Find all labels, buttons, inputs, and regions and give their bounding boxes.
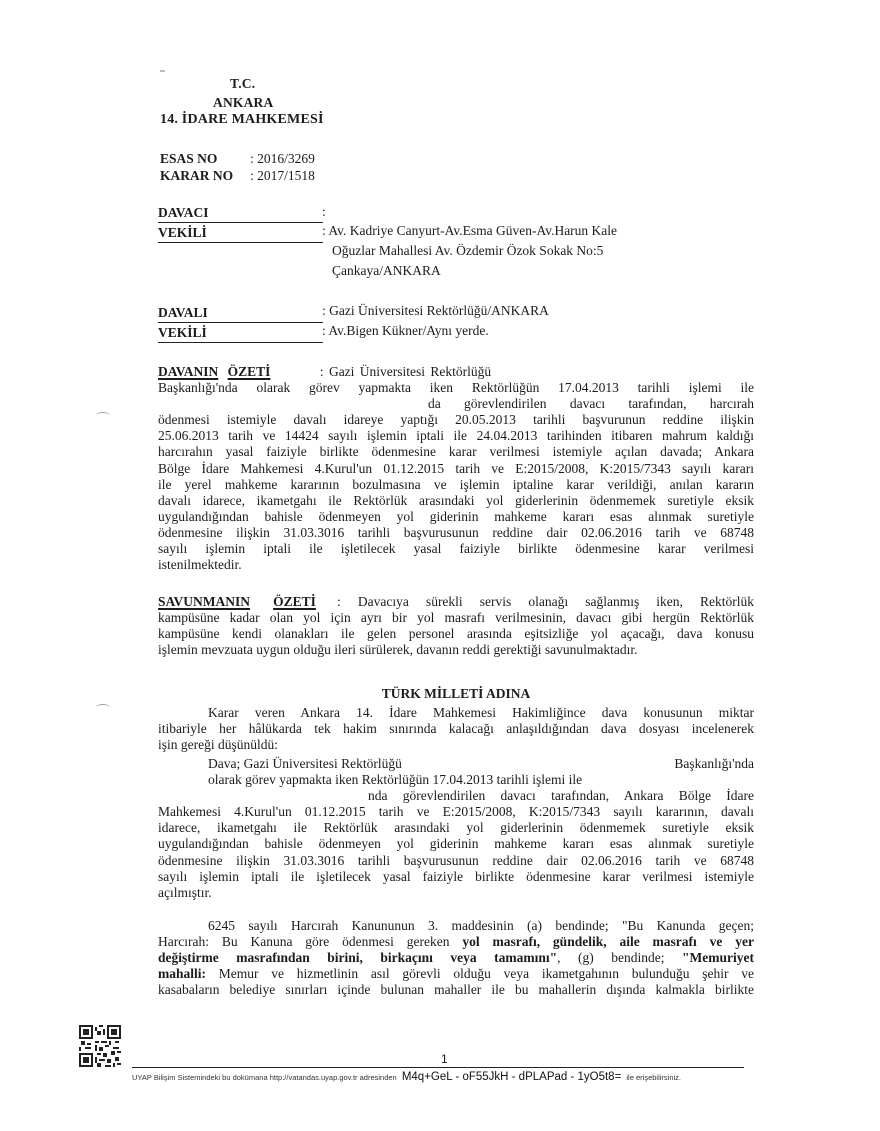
law-line-5: kasabaların belediye sınırları içinde bu… <box>158 982 754 998</box>
davanin-ozeti-line-1: Başkanlığı'nda olarak görev yapmakta ike… <box>158 380 754 396</box>
law-line-3-bold: değiştirme masrafından birini, birkaçını… <box>158 950 557 965</box>
dava-line-2: nda görevlendirilen davacı tarafından, A… <box>158 788 754 804</box>
dava-line-3: Mahkemesi 4.Kurul'un 01.12.2015 tarih ve… <box>158 804 754 820</box>
dava-line-0-right: Başkanlığı'nda <box>674 756 754 772</box>
dava-paragraph: Dava; Gazi Üniversitesi Rektörlüğü Başka… <box>158 756 754 901</box>
davali-vekili-value: : Av.Bigen Kükner/Aynı yerde. <box>322 321 489 341</box>
savunmanin-ozeti-label-b: ÖZETİ <box>273 594 316 609</box>
davali-label: DAVALI <box>158 305 323 323</box>
margin-punch-mark <box>96 704 110 711</box>
dava-line-5: uygulandığından bahisle ödenmeyen yol gi… <box>158 836 754 852</box>
decision-intro: Karar veren Ankara 14. İdare Mahkemesi H… <box>158 705 754 753</box>
scan-speck <box>160 70 165 72</box>
savunmanin-ozeti-line-0: : Davacıya sürekli servis olanağı sağlan… <box>337 594 754 609</box>
davanin-ozeti-line-4: 25.06.2013 tarih ve 14424 sayılı işlemin… <box>158 428 754 444</box>
law-line-2-plain: Harcırah: Bu Kanuna göre ödenmesi gereke… <box>158 934 462 949</box>
davali-value: : Gazi Üniversitesi Rektörlüğü/ANKARA <box>322 301 549 321</box>
decision-intro-line-2: işin gereği düşünüldü: <box>158 737 754 753</box>
law-line-3-plain: , (g) bendinde; <box>557 950 682 965</box>
header-city: ANKARA <box>213 95 273 111</box>
dava-line-0: Dava; Gazi Üniversitesi Rektörlüğü <box>208 756 402 771</box>
savunmanin-ozeti-line-2: kampüsüne kendi olanakları ile gelen per… <box>158 626 754 642</box>
davaci-vekili-address-1: Oğuzlar Mahallesi Av. Özdemir Özok Sokak… <box>332 241 603 261</box>
dava-line-8: açılmıştır. <box>158 885 754 901</box>
davali-vekili-label: VEKİLİ <box>158 325 323 343</box>
davanin-ozeti-label-b: ÖZETİ <box>228 364 309 379</box>
footer-suffix: ile erişebilirsiniz. <box>626 1073 681 1082</box>
savunmanin-ozeti-line-1: kampüsüne kadar olan yol için ayrı bir y… <box>158 610 754 626</box>
law-line-1: 6245 sayılı Harcırah Kanununun 3. maddes… <box>158 918 754 934</box>
law-line-4-plain: Memur ve hizmetlinin asıl görevli olduğu… <box>206 966 754 981</box>
footer-uyap-text: UYAP Bilişim Sistemindeki bu dokümana ht… <box>132 1073 397 1082</box>
davanin-ozeti-line-8: davalı idarece, ikametgahı ile Rektörlük… <box>158 493 754 509</box>
davanin-ozeti-line-9: uygulandığından bahisle ödenmeyen yol gi… <box>158 509 754 525</box>
davanin-ozeti-line-2: da görevlendirilen davacı tarafından, ha… <box>158 396 754 412</box>
davanin-ozeti-line-0: : Gazi Üniversitesi Rektörlüğü <box>320 364 491 379</box>
davaci-vekili-address-2: Çankaya/ANKARA <box>332 261 441 281</box>
law-line-3-bold2: "Memuriyet <box>682 950 754 965</box>
margin-punch-mark <box>96 412 110 419</box>
esas-no-label: ESAS NO <box>160 151 217 167</box>
court-name: 14. İDARE MAHKEMESİ <box>160 112 324 128</box>
dava-line-1: olarak görev yapmakta iken Rektörlüğün 1… <box>158 772 754 788</box>
davanin-ozeti-line-12: istenilmektedir. <box>158 557 754 573</box>
savunmanin-ozeti-line-3: işlemin mevzuata uygun olduğu ileri sürü… <box>158 642 754 658</box>
decision-title: TÜRK MİLLETİ ADINA <box>158 686 754 702</box>
davaci-label: DAVACI <box>158 205 323 223</box>
davanin-ozeti-line-10: ödenmesine ilişkin 31.03.3016 tarihli ba… <box>158 525 754 541</box>
dava-line-7: sayılı işlemin iptali ile işletilecek ya… <box>158 869 754 885</box>
karar-no-value: : 2017/1518 <box>250 168 315 184</box>
qr-code-icon <box>79 1025 121 1067</box>
decision-intro-line-1: itibariyle her hâlükarda tek hakim sınır… <box>158 721 754 737</box>
footer-divider <box>132 1067 744 1068</box>
davanin-ozeti-line-11: sayılı işlemin iptali ile işletilecek ya… <box>158 541 754 557</box>
law-line-2-bold: yol masrafı, gündelik, aile masrafı ve y… <box>462 934 754 949</box>
karar-no-label: KARAR NO <box>160 168 233 184</box>
davanin-ozeti-line-6: Bölge İdare Mahkemesi 4.Kurul'un 01.12.2… <box>158 461 754 477</box>
footer-verification: UYAP Bilişim Sistemindeki bu dokümana ht… <box>132 1071 681 1083</box>
davaci-vekili-label: VEKİLİ <box>158 225 323 243</box>
header-tc: T.C. <box>230 76 255 92</box>
esas-no-value: : 2016/3269 <box>250 151 315 167</box>
davanin-ozeti-label-a: DAVANIN <box>158 364 218 379</box>
dava-line-4: idarece, ikametgahı ile Rektörlük arasın… <box>158 820 754 836</box>
decision-intro-line-0: Karar veren Ankara 14. İdare Mahkemesi H… <box>158 705 754 721</box>
law-paragraph: 6245 sayılı Harcırah Kanununun 3. maddes… <box>158 918 754 998</box>
davanin-ozeti-line-7: ile yerel mahkeme kararının bozulmasına … <box>158 477 754 493</box>
davaci-value: : <box>322 202 326 222</box>
page-number: 1 <box>441 1052 448 1066</box>
davaci-vekili-value: : Av. Kadriye Canyurt-Av.Esma Güven-Av.H… <box>322 221 617 241</box>
footer-access-code: M4q+GeL - oF55JkH - dPLAPad - 1yO5t8= <box>402 1071 621 1083</box>
savunmanin-ozeti-section: SAVUNMANIN ÖZETİ : Davacıya sürekli serv… <box>158 594 754 658</box>
davanin-ozeti-line-3: ödenmesi istemiyle davalı idareye yaptığ… <box>158 412 754 428</box>
law-line-4-bold: mahalli: <box>158 966 206 981</box>
dava-line-6: ödenmesine ilişkin 31.03.3016 tarihli ba… <box>158 853 754 869</box>
savunmanin-ozeti-label-a: SAVUNMANIN <box>158 594 250 609</box>
davanin-ozeti-section: DAVANIN ÖZETİ : Gazi Üniversitesi Rektör… <box>158 364 754 573</box>
davanin-ozeti-line-5: harcırahın yasal faiziyle birlikte ödenm… <box>158 444 754 460</box>
